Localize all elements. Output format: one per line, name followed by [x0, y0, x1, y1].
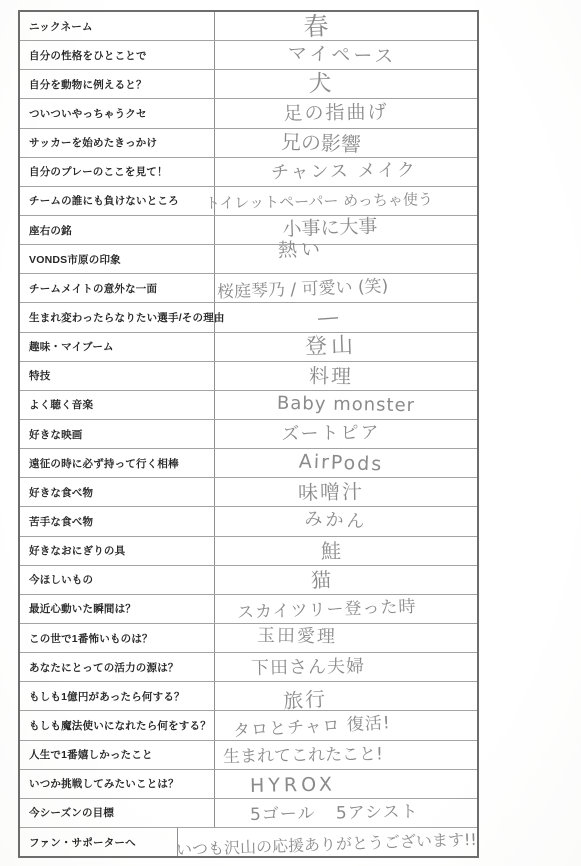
table-row: よく聴く音楽 Baby monster	[20, 391, 477, 420]
question-cell: チームメイトの意外な一面	[20, 274, 215, 302]
answer-cell: いつも沢山の応援ありがとうございます!!	[176, 826, 478, 865]
question-cell: ファン・サポーターへ	[20, 828, 178, 856]
table-row: ファン・サポーターへ いつも沢山の応援ありがとうございます!!	[20, 828, 477, 856]
answer-cell: HYROX	[250, 768, 477, 800]
table-row: 人生で1番嬉しかったこと 生まれてこれたこと!	[20, 741, 477, 770]
answer-cell: 料理	[200, 359, 462, 392]
questionnaire-sheet: ニックネーム 春 自分の性格をひとことで マイペース 自分を動物に例えると？ 犬…	[0, 0, 581, 866]
table-row: 生まれ変わったらなりたい選手/その理由 ―	[20, 303, 477, 332]
question-cell: 好きな映画	[20, 420, 215, 448]
table-row: VONDS市原の印象 熱い	[20, 245, 477, 274]
table-row: 趣味・マイブーム 登山	[20, 333, 477, 362]
table-row: この世で1番怖いものは？ 玉田愛理	[20, 624, 477, 653]
question-cell: チームの誰にも負けないところ	[20, 187, 215, 215]
question-cell: 生まれ変わったらなりたい選手/その理由	[20, 303, 215, 331]
answer-cell: チャンス メイク	[213, 155, 475, 188]
profile-table: ニックネーム 春 自分の性格をひとことで マイペース 自分を動物に例えると？ 犬…	[18, 10, 479, 858]
table-row: 今シーズンの目標 5ゴール 5アシスト	[20, 799, 477, 828]
question-cell: よく聴く音楽	[20, 391, 215, 419]
table-row: 今ほしいもの 猫	[20, 566, 477, 595]
question-cell: 好きなおにぎりの具	[20, 537, 215, 565]
question-cell: 自分のプレーのここを見て！	[20, 158, 215, 186]
question-cell: 今シーズンの目標	[20, 799, 215, 827]
table-row: もしも1億円があったら何する？ 旅行	[20, 682, 477, 711]
table-row: 自分のプレーのここを見て！ チャンス メイク	[20, 158, 477, 187]
question-cell: この世で1番怖いものは？	[20, 624, 215, 652]
question-cell: もしも1億円があったら何する？	[20, 682, 215, 710]
question-cell: サッカーを始めたきっかけ	[20, 129, 215, 157]
answer-cell: 兄の影響	[190, 124, 453, 161]
answer-cell: Baby monster	[215, 389, 477, 422]
question-cell: 苦手な食べ物	[20, 507, 215, 535]
table-row: 特技 料理	[20, 362, 477, 391]
table-row: もしも魔法使いになれたら何をする？ タロとチャロ 復活!	[20, 711, 477, 740]
answer-cell: 生まれてこれたこと!	[223, 738, 477, 771]
table-row: 苦手な食べ物 みかん	[20, 507, 477, 536]
answer-cell: 玉田愛理	[257, 622, 477, 654]
question-cell: 今ほしいもの	[20, 566, 215, 594]
table-row: 好きなおにぎりの具 鮭	[20, 537, 477, 566]
question-cell: 人生で1番嬉しかったこと	[20, 741, 215, 769]
answer-cell: 足の指曲げ	[205, 97, 467, 130]
question-cell: ついついやっちゃうクセ	[20, 99, 215, 127]
question-cell: 趣味・マイブーム	[20, 333, 215, 361]
table-row: 遠征の時に必ず持って行く相棒 AirPods	[20, 449, 477, 478]
table-row: サッカーを始めたきっかけ 兄の影響	[20, 129, 477, 158]
answer-cell: 5ゴール 5アシスト	[250, 797, 477, 829]
table-row: 自分を動物に例えると？ 犬	[20, 70, 477, 99]
question-cell: 特技	[20, 362, 215, 390]
table-row: あなたにとっての活力の源は？ 下田さん夫婦	[20, 653, 477, 682]
table-row: 好きな映画 ズートピア	[20, 420, 477, 449]
question-cell: 好きな食べ物	[20, 478, 215, 506]
question-cell: 自分を動物に例えると？	[20, 70, 215, 98]
table-row: ついついやっちゃうクセ 足の指曲げ	[20, 99, 477, 128]
question-cell: 最近心動いた瞬間は？	[20, 595, 215, 623]
table-row: いつか挑戦してみたいことは？ HYROX	[20, 770, 477, 799]
question-cell: いつか挑戦してみたいことは？	[20, 770, 215, 798]
table-row: 最近心動いた瞬間は？ スカイツリー登った時	[20, 595, 477, 624]
question-cell: 遠征の時に必ず持って行く相棒	[20, 449, 215, 477]
question-cell: もしも魔法使いになれたら何をする？	[20, 711, 215, 739]
question-cell: あなたにとっての活力の源は？	[20, 653, 215, 681]
